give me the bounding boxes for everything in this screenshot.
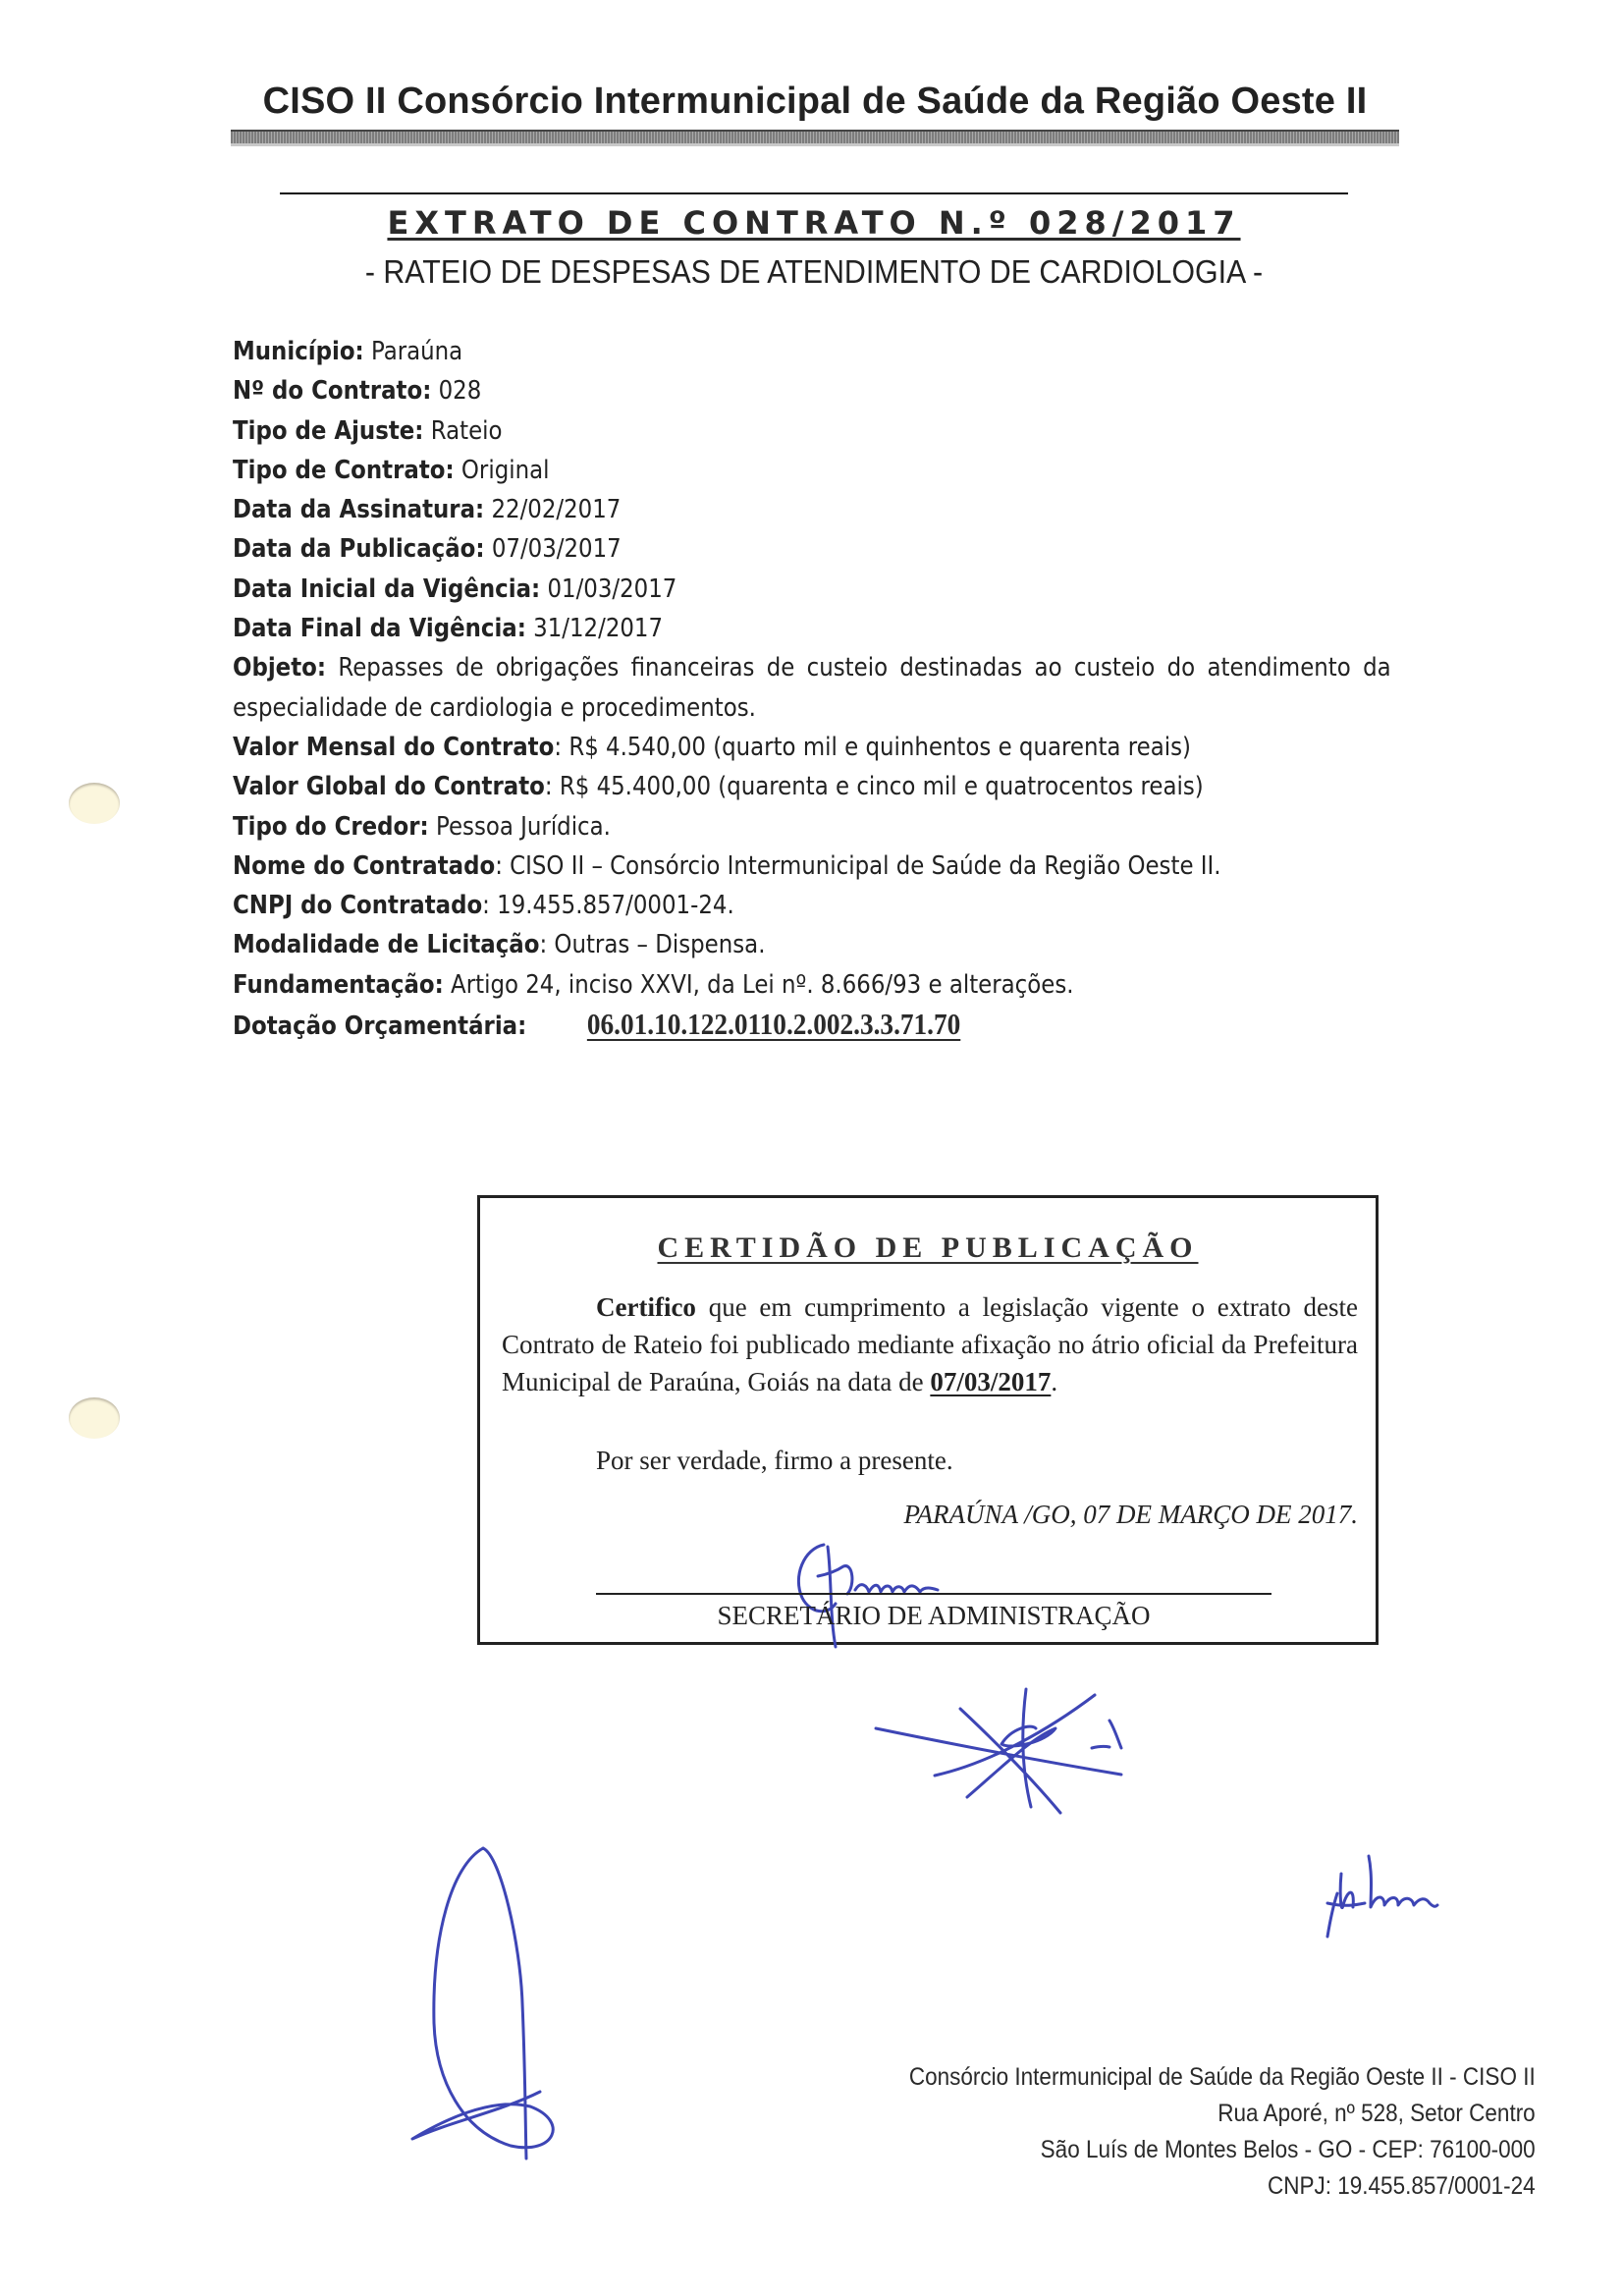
- secretary-signature-icon: [784, 1537, 981, 1655]
- left-margin-signature-icon: [373, 1827, 609, 2160]
- field-value: : R$ 45.400,00 (quarenta e cinco mil e q…: [545, 772, 1204, 801]
- footer-city: São Luís de Montes Belos - GO - CEP: 761…: [909, 2132, 1536, 2168]
- field-value: Original: [455, 456, 550, 485]
- title-rule: [280, 192, 1348, 194]
- document-title: EXTRATO DE CONTRATO N.º 028/2017: [280, 204, 1348, 242]
- field-label: Nº do Contrato:: [233, 376, 431, 406]
- field-valor-global: Valor Global do Contrato: R$ 45.400,00 (…: [233, 767, 1391, 806]
- field-nome-contratado: Nome do Contratado: CISO II – Consórcio …: [233, 847, 1391, 886]
- field-value: Pessoa Jurídica.: [429, 812, 611, 842]
- field-objeto: Objeto: Repasses de obrigações financeir…: [233, 648, 1391, 728]
- field-label: Tipo de Ajuste:: [233, 416, 423, 446]
- footer-organization: Consórcio Intermunicipal de Saúde da Reg…: [909, 2059, 1536, 2096]
- certificate-title: CERTIDÃO DE PUBLICAÇÃO: [480, 1231, 1376, 1265]
- field-data-assinatura: Data da Assinatura: 22/02/2017: [233, 490, 1391, 529]
- field-data-inicial-vigencia: Data Inicial da Vigência: 01/03/2017: [233, 570, 1391, 609]
- field-label: Valor Mensal do Contrato: [233, 733, 554, 762]
- signatory-title: SECRETÁRIO DE ADMINISTRAÇÃO: [596, 1601, 1271, 1631]
- certificate-box: CERTIDÃO DE PUBLICAÇÃO Certifico que em …: [477, 1195, 1379, 1645]
- certificate-body: Certifico que em cumprimento a legislaçã…: [502, 1288, 1358, 1400]
- certificate-place-date: PARAÚNA /GO, 07 DE MARÇO DE 2017.: [904, 1500, 1358, 1530]
- certificate-date: 07/03/2017: [930, 1367, 1051, 1396]
- field-label: Data Inicial da Vigência:: [233, 574, 540, 604]
- field-value: Repasses de obrigações financeiras de cu…: [233, 653, 1391, 722]
- field-tipo-contrato: Tipo de Contrato: Original: [233, 451, 1391, 490]
- organization-header: CISO II Consórcio Intermunicipal de Saúd…: [231, 81, 1399, 123]
- field-label: Data Final da Vigência:: [233, 614, 526, 643]
- document-title-text: EXTRATO DE CONTRATO N.º 028/2017: [387, 204, 1240, 242]
- certificate-title-text: CERTIDÃO DE PUBLICAÇÃO: [658, 1231, 1199, 1264]
- field-fundamentacao: Fundamentação: Artigo 24, inciso XXVI, d…: [233, 965, 1391, 1005]
- field-cnpj-contratado: CNPJ do Contratado: 19.455.857/0001-24.: [233, 886, 1391, 925]
- field-value: Paraúna: [364, 337, 463, 366]
- field-label: Modalidade de Licitação: [233, 930, 539, 959]
- field-value: 028: [431, 376, 481, 406]
- certificate-date-suffix: .: [1051, 1367, 1057, 1396]
- field-numero-contrato: Nº do Contrato: 028: [233, 371, 1391, 410]
- field-label: Valor Global do Contrato: [233, 772, 545, 801]
- field-value: : R$ 4.540,00 (quarto mil e quinhentos e…: [554, 733, 1191, 762]
- field-label: Data da Publicação:: [233, 534, 485, 564]
- field-label: Data da Assinatura:: [233, 495, 484, 524]
- certificate-lead: Certifico: [596, 1292, 696, 1322]
- right-signature-icon: [1316, 1846, 1492, 1954]
- field-label: Dotação Orçamentária:: [233, 1011, 526, 1041]
- field-value: : 19.455.857/0001-24.: [482, 891, 734, 920]
- initials-scribble-icon: [864, 1669, 1178, 1827]
- field-municipio: Município: Paraúna: [233, 332, 1391, 371]
- certificate-closing: Por ser verdade, firmo a presente.: [596, 1446, 953, 1476]
- field-label: Nome do Contratado: [233, 851, 495, 881]
- field-value: 01/03/2017: [540, 574, 676, 604]
- dotacao-code: 06.01.10.122.0110.2.002.3.3.71.70: [587, 1007, 960, 1041]
- header-rule-shadow: [231, 143, 1399, 146]
- field-modalidade-licitacao: Modalidade de Licitação: Outras – Dispen…: [233, 925, 1391, 964]
- field-label: Município:: [233, 337, 364, 366]
- field-value: Artigo 24, inciso XXVI, da Lei nº. 8.666…: [444, 970, 1074, 1000]
- field-label: Tipo do Credor:: [233, 812, 429, 842]
- field-data-final-vigencia: Data Final da Vigência: 31/12/2017: [233, 609, 1391, 648]
- field-value: : CISO II – Consórcio Intermunicipal de …: [495, 851, 1220, 881]
- punch-hole-bottom: [69, 1397, 120, 1439]
- field-dotacao-orcamentaria: Dotação Orçamentária:06.01.10.122.0110.2…: [233, 1005, 1391, 1046]
- signature-line: [596, 1593, 1271, 1595]
- punch-hole-top: [69, 783, 120, 824]
- field-valor-mensal: Valor Mensal do Contrato: R$ 4.540,00 (q…: [233, 728, 1391, 767]
- field-tipo-ajuste: Tipo de Ajuste: Rateio: [233, 411, 1391, 451]
- footer-street: Rua Aporé, nº 528, Setor Centro: [909, 2096, 1536, 2132]
- field-label: Fundamentação:: [233, 970, 444, 1000]
- field-value: : Outras – Dispensa.: [539, 930, 765, 959]
- field-label: CNPJ do Contratado: [233, 891, 482, 920]
- field-tipo-credor: Tipo do Credor: Pessoa Jurídica.: [233, 807, 1391, 847]
- footer-cnpj: CNPJ: 19.455.857/0001-24: [909, 2168, 1536, 2205]
- field-value: 31/12/2017: [526, 614, 663, 643]
- field-data-publicacao: Data da Publicação: 07/03/2017: [233, 529, 1391, 569]
- document-subtitle: - RATEIO DE DESPESAS DE ATENDIMENTO DE C…: [323, 253, 1306, 291]
- field-value: 07/03/2017: [485, 534, 622, 564]
- field-label: Tipo de Contrato:: [233, 456, 455, 485]
- contract-fields: Município: Paraúna Nº do Contrato: 028 T…: [233, 332, 1391, 1046]
- field-value: Rateio: [423, 416, 502, 446]
- field-label: Objeto:: [233, 653, 326, 683]
- field-value: 22/02/2017: [484, 495, 621, 524]
- footer-address: Consórcio Intermunicipal de Saúde da Reg…: [839, 2059, 1536, 2205]
